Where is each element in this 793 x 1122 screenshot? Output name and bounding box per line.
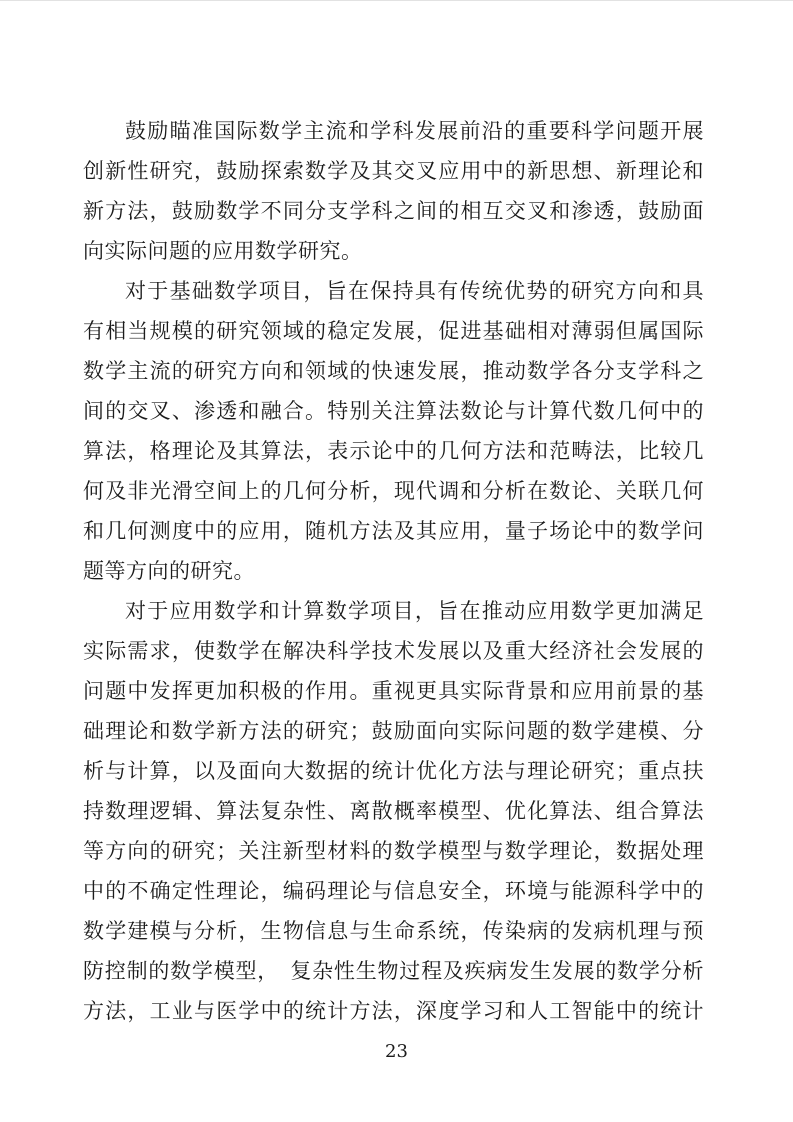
text-line: 数学主流的研究方向和领域的快速发展，推动数学各分支学科之 [83,351,704,391]
text-line: 题等方向的研究。 [83,551,704,591]
text-line: 方法，工业与医学中的统计方法，深度学习和人工智能中的统计 [83,991,704,1031]
text-line: 础理论和数学新方法的研究；鼓励面向实际问题的数学建模、分 [83,711,704,751]
paragraph: 鼓励瞄准国际数学主流和学科发展前沿的重要科学问题开展 创新性研究，鼓励探索数学及… [83,111,704,271]
text-line: 防控制的数学模型， 复杂性生物过程及疾病发生发展的数学分析 [83,951,704,991]
text-line: 问题中发挥更加积极的作用。重视更具实际背景和应用前景的基 [83,671,704,711]
page-number: 23 [0,1041,793,1063]
text-line: 等方向的研究；关注新型材料的数学模型与数学理论，数据处理 [83,831,704,871]
text-line: 算法，格理论及其算法，表示论中的几何方法和范畴法，比较几 [83,431,704,471]
text-line: 对于应用数学和计算数学项目，旨在推动应用数学更加满足 [83,591,704,631]
text-line: 和几何测度中的应用，随机方法及其应用，量子场论中的数学问 [83,511,704,551]
text-line: 间的交叉、渗透和融合。特别关注算法数论与计算代数几何中的 [83,391,704,431]
text-line: 鼓励瞄准国际数学主流和学科发展前沿的重要科学问题开展 [83,111,704,151]
text-line: 创新性研究，鼓励探索数学及其交叉应用中的新思想、新理论和 [83,151,704,191]
text-line: 持数理逻辑、算法复杂性、离散概率模型、优化算法、组合算法 [83,791,704,831]
text-line: 中的不确定性理论，编码理论与信息安全，环境与能源科学中的 [83,871,704,911]
text-line: 对于基础数学项目，旨在保持具有传统优势的研究方向和具 [83,271,704,311]
text-line: 向实际问题的应用数学研究。 [83,231,704,271]
text-line: 实际需求，使数学在解决科学技术发展以及重大经济社会发展的 [83,631,704,671]
text-line: 何及非光滑空间上的几何分析，现代调和分析在数论、关联几何 [83,471,704,511]
text-line: 析与计算，以及面向大数据的统计优化方法与理论研究；重点扶 [83,751,704,791]
paragraph: 对于基础数学项目，旨在保持具有传统优势的研究方向和具 有相当规模的研究领域的稳定… [83,271,704,591]
paragraph: 对于应用数学和计算数学项目，旨在推动应用数学更加满足 实际需求，使数学在解决科学… [83,591,704,1031]
text-line: 有相当规模的研究领域的稳定发展，促进基础相对薄弱但属国际 [83,311,704,351]
body-text: 鼓励瞄准国际数学主流和学科发展前沿的重要科学问题开展 创新性研究，鼓励探索数学及… [83,111,704,1031]
document-page: 鼓励瞄准国际数学主流和学科发展前沿的重要科学问题开展 创新性研究，鼓励探索数学及… [0,0,793,1122]
text-line: 数学建模与分析，生物信息与生命系统，传染病的发病机理与预 [83,911,704,951]
text-line: 新方法，鼓励数学不同分支学科之间的相互交叉和渗透，鼓励面 [83,191,704,231]
